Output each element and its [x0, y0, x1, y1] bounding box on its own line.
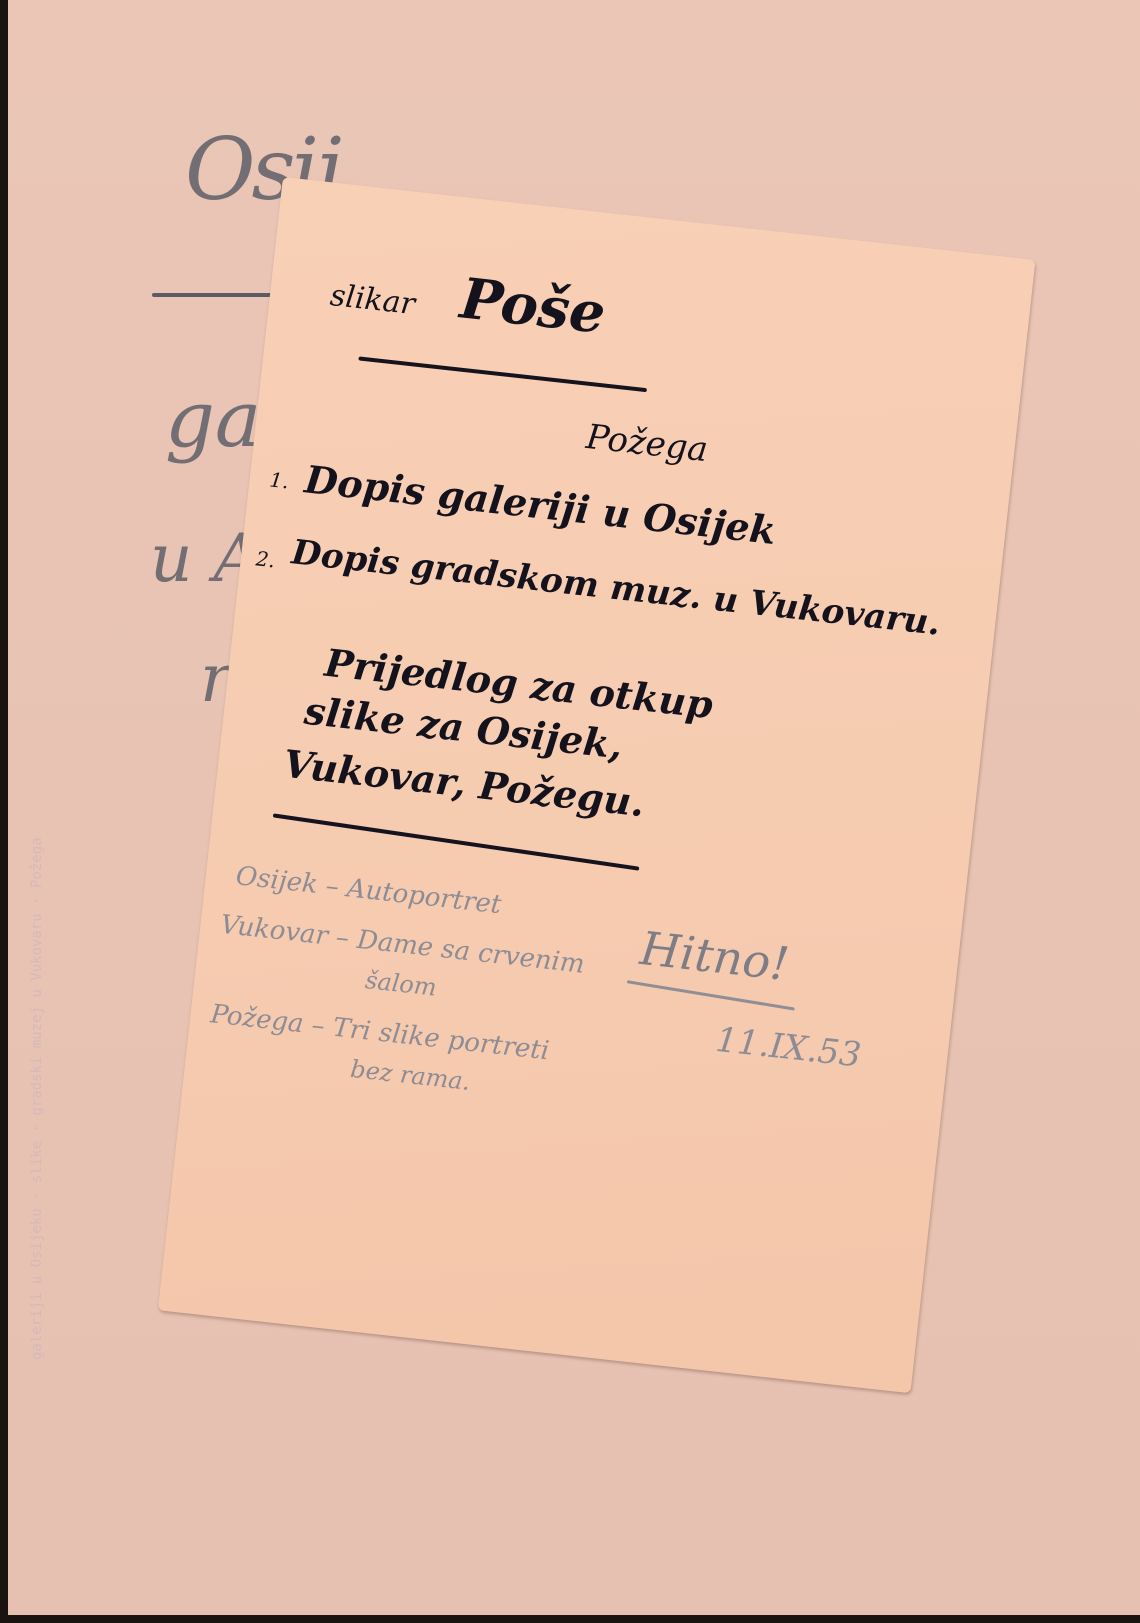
scan-left-border — [0, 0, 8, 1623]
note-pozega: Požega – Tri slike portreti — [209, 999, 551, 1066]
note-vukovar-place: Vukovar — [219, 910, 330, 952]
header-prefix: slikar — [328, 278, 416, 322]
item-1-text: Dopis galeriji u Osijek — [303, 456, 779, 553]
note-vukovar-dash: – — [334, 923, 350, 954]
item-2-text: Dopis gradskom muz. u Vukovaru. — [290, 532, 943, 643]
header-name: Poše — [457, 265, 608, 347]
date: 11.IX.53 — [714, 1020, 863, 1076]
item-2-number: 2. — [255, 546, 277, 572]
note-osijek: Osijek – Autoportret — [234, 861, 502, 920]
handwritten-note-card: slikar Poše Požega 1. Dopis galeriji u O… — [158, 177, 1036, 1393]
header-underline — [358, 356, 647, 392]
note-osijek-text: Autoportret — [345, 873, 502, 920]
note-pozega-place: Požega — [209, 999, 305, 1039]
proposal-underline — [273, 813, 640, 870]
note-pozega-line2: bez rama. — [349, 1055, 472, 1096]
location-label: Požega — [584, 417, 710, 470]
note-pozega-dash: – — [310, 1010, 326, 1041]
urgent-mark: Hitno! — [638, 921, 792, 991]
note-vukovar-line2: šalom — [364, 966, 438, 1002]
scan-bottom-border — [0, 1615, 1140, 1623]
note-osijek-dash: – — [324, 871, 340, 902]
note-osijek-place: Osijek — [234, 861, 319, 900]
item-1-number: 1. — [268, 467, 290, 493]
